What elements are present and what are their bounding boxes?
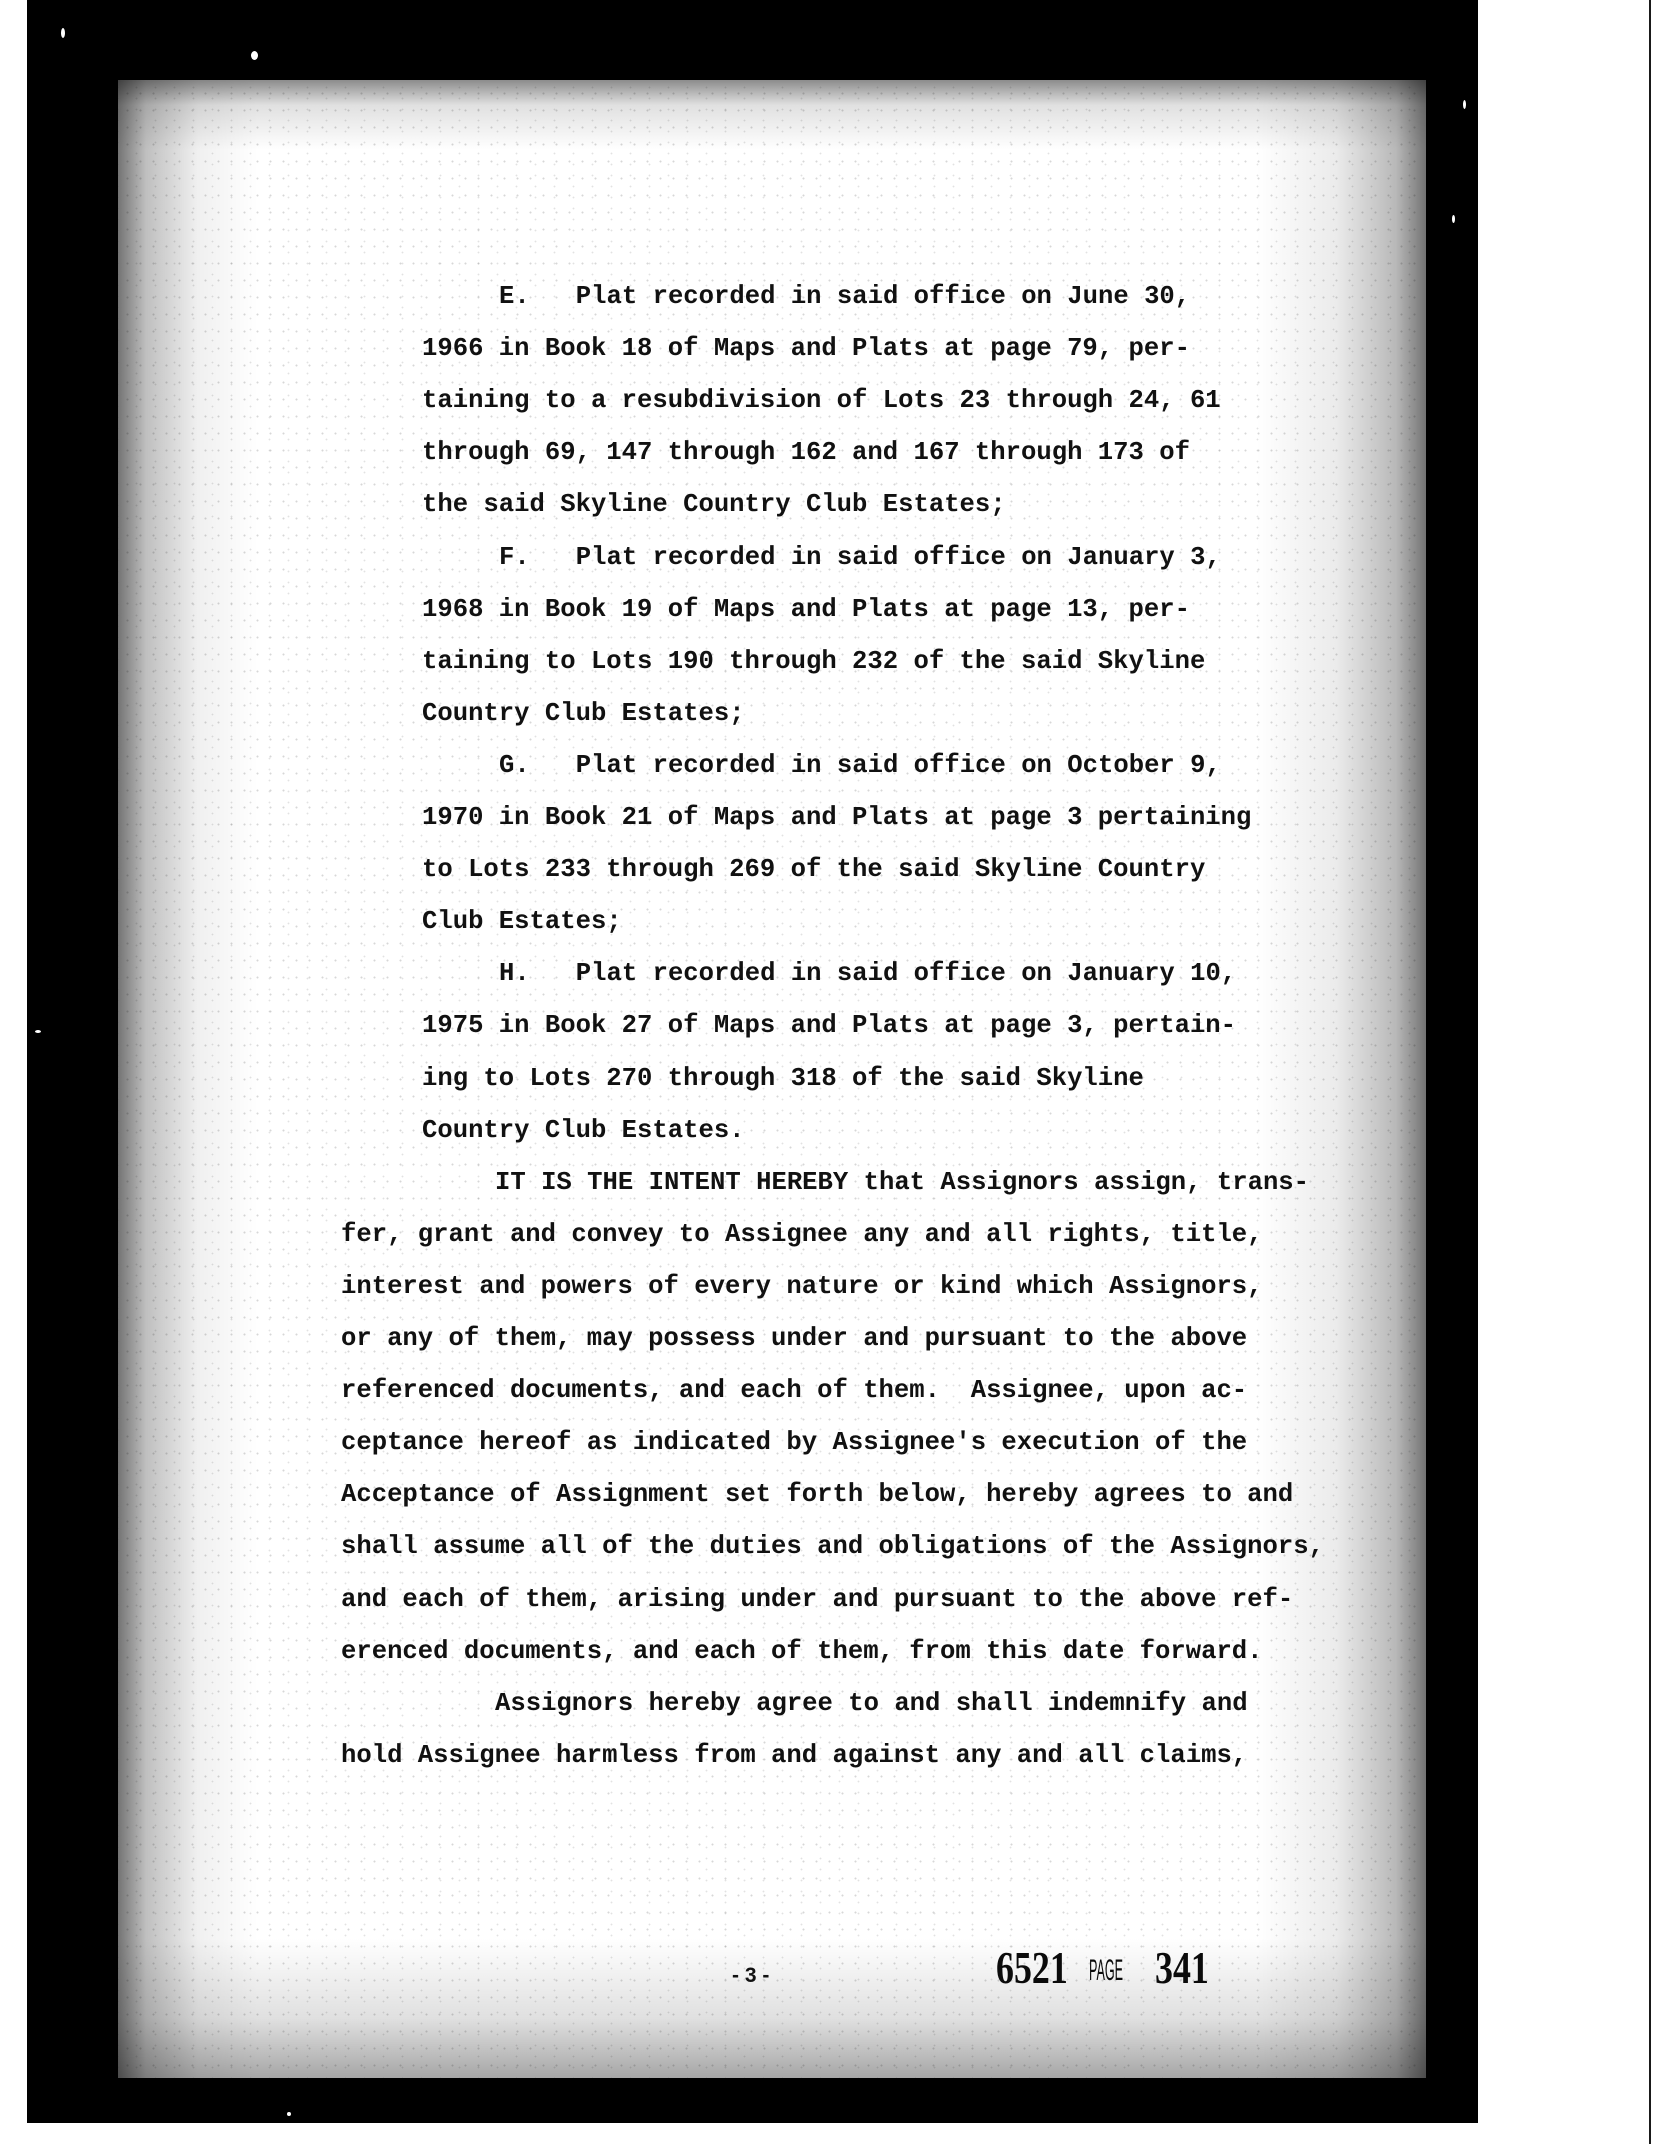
text-line: or any of them, may possess under and pu…: [341, 1324, 1247, 1354]
text-line: through 69, 147 through 162 and 167 thro…: [422, 438, 1190, 468]
document-page: E. Plat recorded in said office on June …: [118, 80, 1426, 2078]
scan-speck: [1463, 100, 1466, 109]
scan-edge-line: [1649, 0, 1651, 2144]
text-line: erenced documents, and each of them, fro…: [341, 1637, 1263, 1667]
scan-speck: [287, 2112, 291, 2116]
text-line: ceptance hereof as indicated by Assignee…: [341, 1428, 1247, 1458]
text-line: 1975 in Book 27 of Maps and Plats at pag…: [422, 1011, 1236, 1041]
text-line: Club Estates;: [422, 907, 622, 937]
text-line: ing to Lots 270 through 318 of the said …: [422, 1064, 1144, 1094]
text-line: interest and powers of every nature or k…: [341, 1272, 1263, 1302]
book-page-stamp: 6521 PAGE 341: [996, 1948, 1225, 1988]
text-line: 1968 in Book 19 of Maps and Plats at pag…: [422, 595, 1190, 625]
scan-speck: [251, 51, 258, 60]
text-line: to Lots 233 through 269 of the said Skyl…: [422, 855, 1205, 885]
text-line: 1970 in Book 21 of Maps and Plats at pag…: [422, 803, 1251, 833]
text-line: shall assume all of the duties and oblig…: [341, 1532, 1324, 1562]
text-line: taining to a resubdivision of Lots 23 th…: [422, 386, 1221, 416]
text-line: Acceptance of Assignment set forth below…: [341, 1480, 1293, 1510]
text-line: hold Assignee harmless from and against …: [341, 1741, 1247, 1771]
text-line: G. Plat recorded in said office on Octob…: [499, 751, 1221, 781]
text-line: Assignors hereby agree to and shall inde…: [495, 1689, 1248, 1719]
book-number: 6521: [996, 1948, 1069, 1988]
text-line: Country Club Estates;: [422, 699, 745, 729]
text-line: referenced documents, and each of them. …: [341, 1376, 1247, 1406]
text-line: and each of them, arising under and purs…: [341, 1585, 1293, 1615]
scan-speck: [35, 1030, 41, 1033]
text-line: F. Plat recorded in said office on Janua…: [499, 543, 1221, 573]
document-body: E. Plat recorded in said office on June …: [118, 80, 1426, 2078]
recorded-page-number: 341: [1155, 1948, 1210, 1988]
text-line: Country Club Estates.: [422, 1116, 745, 1146]
text-line: 1966 in Book 18 of Maps and Plats at pag…: [422, 334, 1190, 364]
page-label: PAGE: [1089, 1954, 1117, 1988]
scan-speck: [1452, 215, 1455, 223]
text-line: taining to Lots 190 through 232 of the s…: [422, 647, 1205, 677]
text-line: E. Plat recorded in said office on June …: [499, 282, 1190, 312]
text-line: the said Skyline Country Club Estates;: [422, 490, 1006, 520]
text-line: H. Plat recorded in said office on Janua…: [499, 959, 1236, 989]
scan-speck: [61, 28, 65, 38]
page-number: - 3 -: [732, 1964, 769, 1988]
text-line: IT IS THE INTENT HEREBY that Assignors a…: [495, 1168, 1309, 1198]
text-line: fer, grant and convey to Assignee any an…: [341, 1220, 1263, 1250]
